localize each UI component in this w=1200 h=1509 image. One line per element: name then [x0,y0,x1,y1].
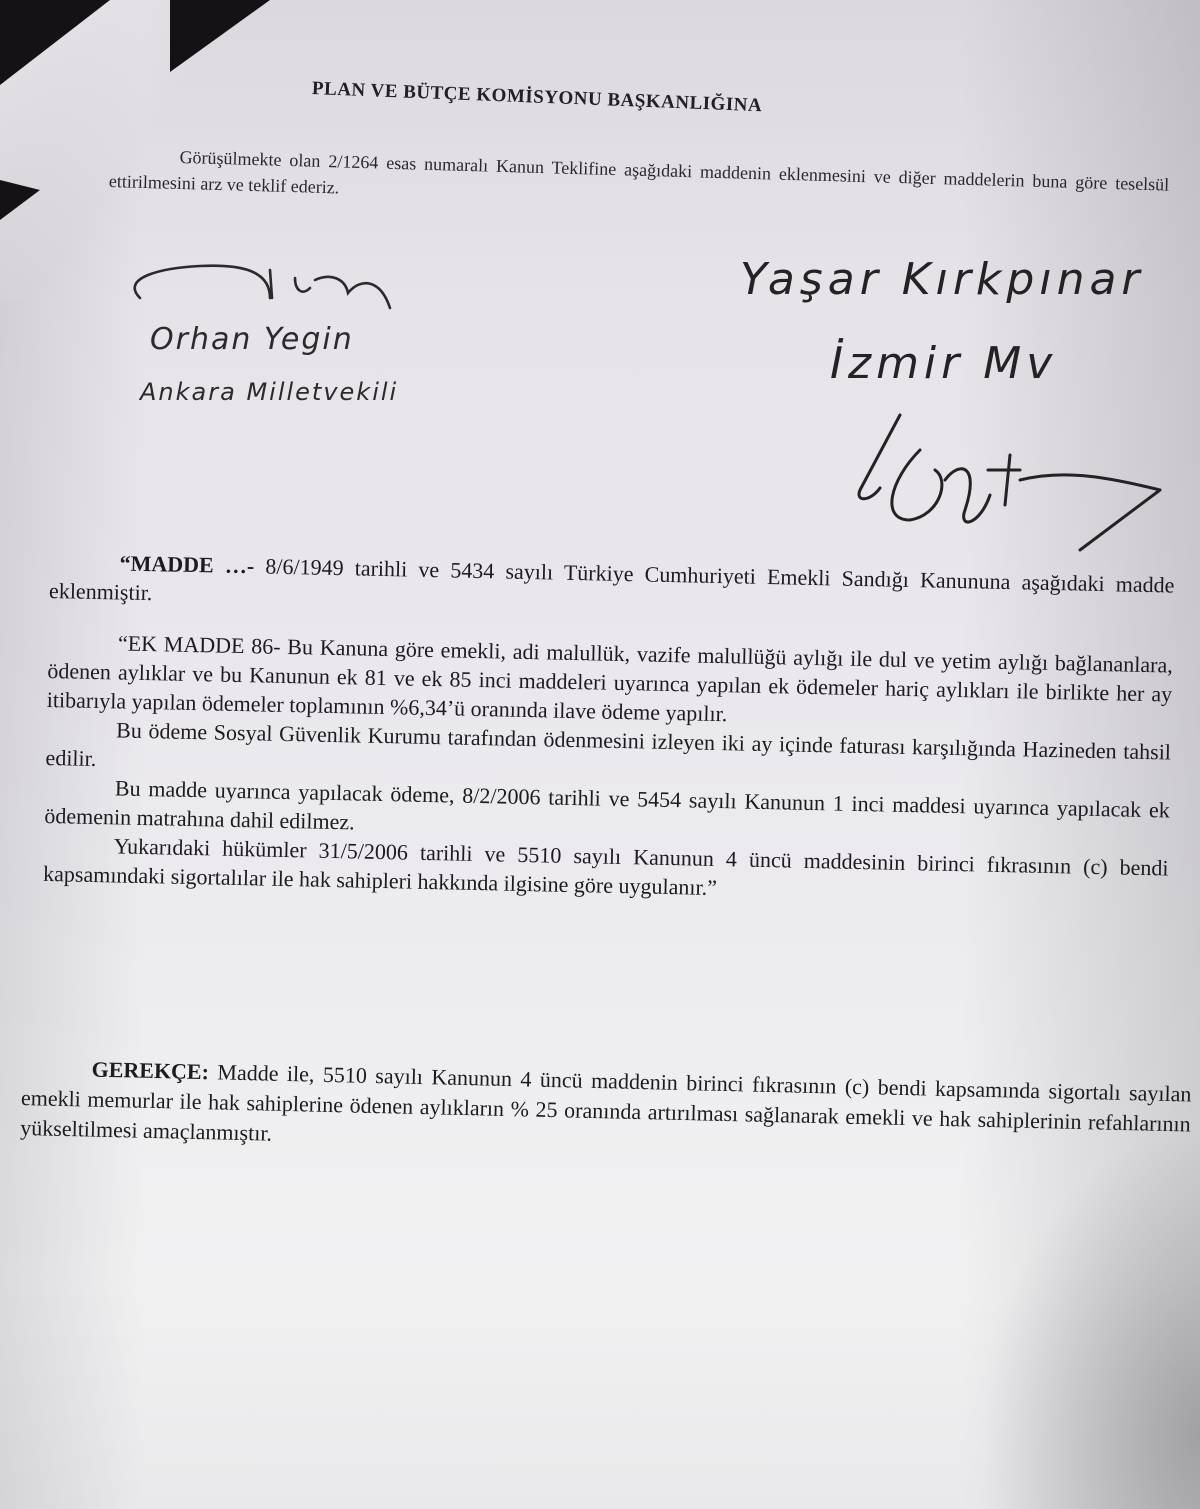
madde-label: “MADDE …- [119,550,254,578]
signature-title-left: Ankara Milletvekili [140,378,398,406]
signature-block-left: Orhan Yegin Ankara Milletvekili [110,240,470,420]
signature-name-left: Orhan Yegin [150,322,354,357]
page-shadow [980,1129,1200,1509]
signature-scribble-right [720,240,1200,560]
signature-block-right: Yaşar Kırkpınar İzmir Mv [720,240,1200,560]
signature-scribble-left [120,248,420,328]
gerekce-label: GEREKÇE: [91,1057,209,1085]
madde-section: “MADDE …- 8/6/1949 tarihli ve 5434 sayıl… [43,547,1175,911]
